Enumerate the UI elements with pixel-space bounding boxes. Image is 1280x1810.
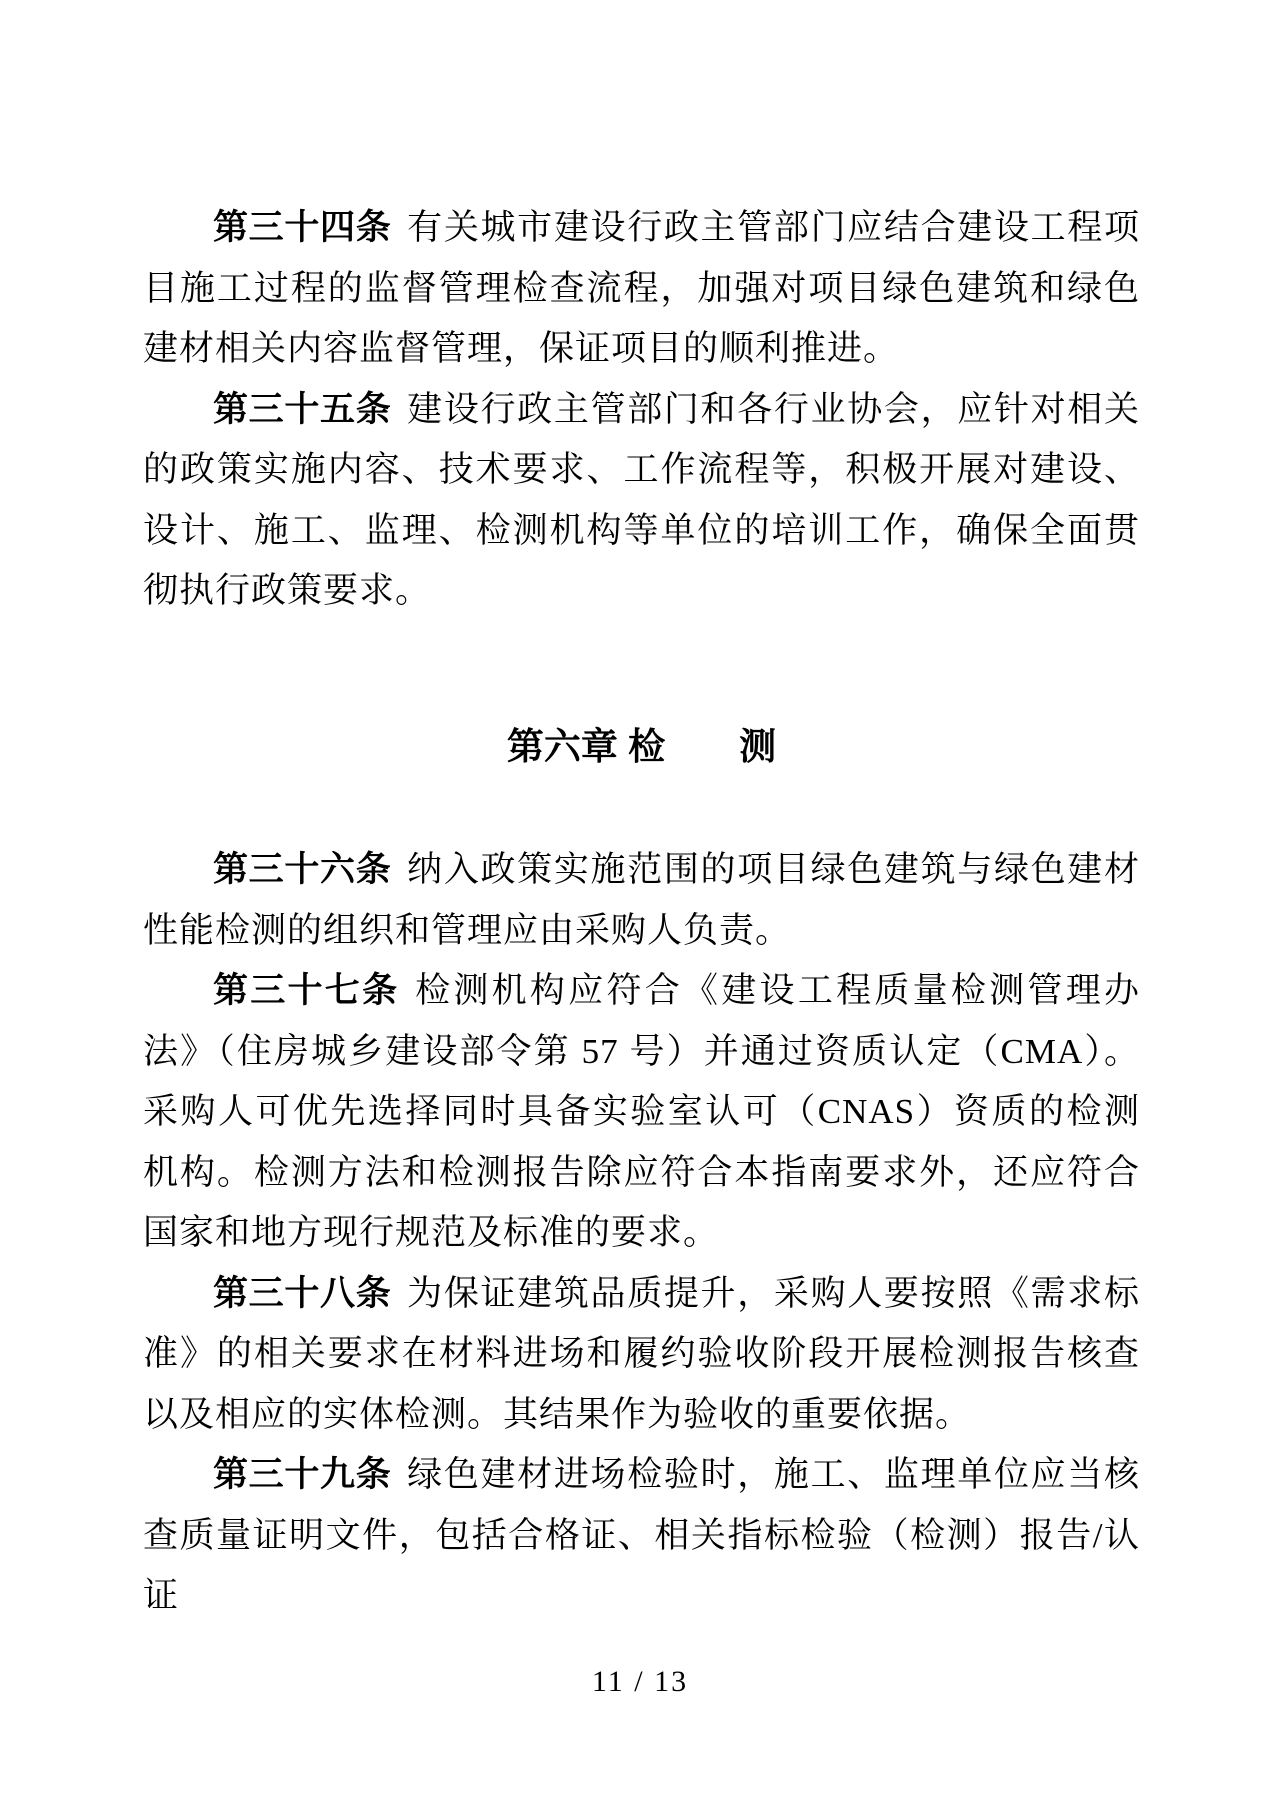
page-number: 11 / 13: [0, 1662, 1280, 1702]
article-37-text: 检测机构应符合《建设工程质量检测管理办法》（住房城乡建设部令第 57 号）并通过…: [143, 971, 1140, 1252]
article-38-paragraph: 第三十八条为保证建筑品质提升，采购人要按照《需求标准》的相关要求在材料进场和履约…: [143, 1264, 1140, 1446]
article-34-number: 第三十四条: [213, 208, 391, 247]
document-body: 第三十四条有关城市建设行政主管部门应结合建设工程项目施工过程的监督管理检查流程，…: [143, 198, 1140, 1627]
article-39-number: 第三十九条: [213, 1455, 391, 1494]
chapter-6-heading: 第六章 检 测: [143, 717, 1140, 778]
article-39-paragraph: 第三十九条绿色建材进场检验时，施工、监理单位应当核查质量证明文件，包括合格证、相…: [143, 1445, 1140, 1627]
document-page: 第三十四条有关城市建设行政主管部门应结合建设工程项目施工过程的监督管理检查流程，…: [0, 0, 1280, 1810]
article-35-paragraph: 第三十五条建设行政主管部门和各行业协会，应针对相关的政策实施内容、技术要求、工作…: [143, 380, 1140, 622]
article-37-paragraph: 第三十七条检测机构应符合《建设工程质量检测管理办法》（住房城乡建设部令第 57 …: [143, 961, 1140, 1264]
article-35-number: 第三十五条: [213, 390, 391, 429]
article-37-number: 第三十七条: [213, 971, 399, 1010]
article-38-number: 第三十八条: [213, 1274, 391, 1313]
article-36-number: 第三十六条: [213, 850, 391, 889]
article-34-paragraph: 第三十四条有关城市建设行政主管部门应结合建设工程项目施工过程的监督管理检查流程，…: [143, 198, 1140, 380]
article-36-paragraph: 第三十六条纳入政策实施范围的项目绿色建筑与绿色建材性能检测的组织和管理应由采购人…: [143, 840, 1140, 961]
